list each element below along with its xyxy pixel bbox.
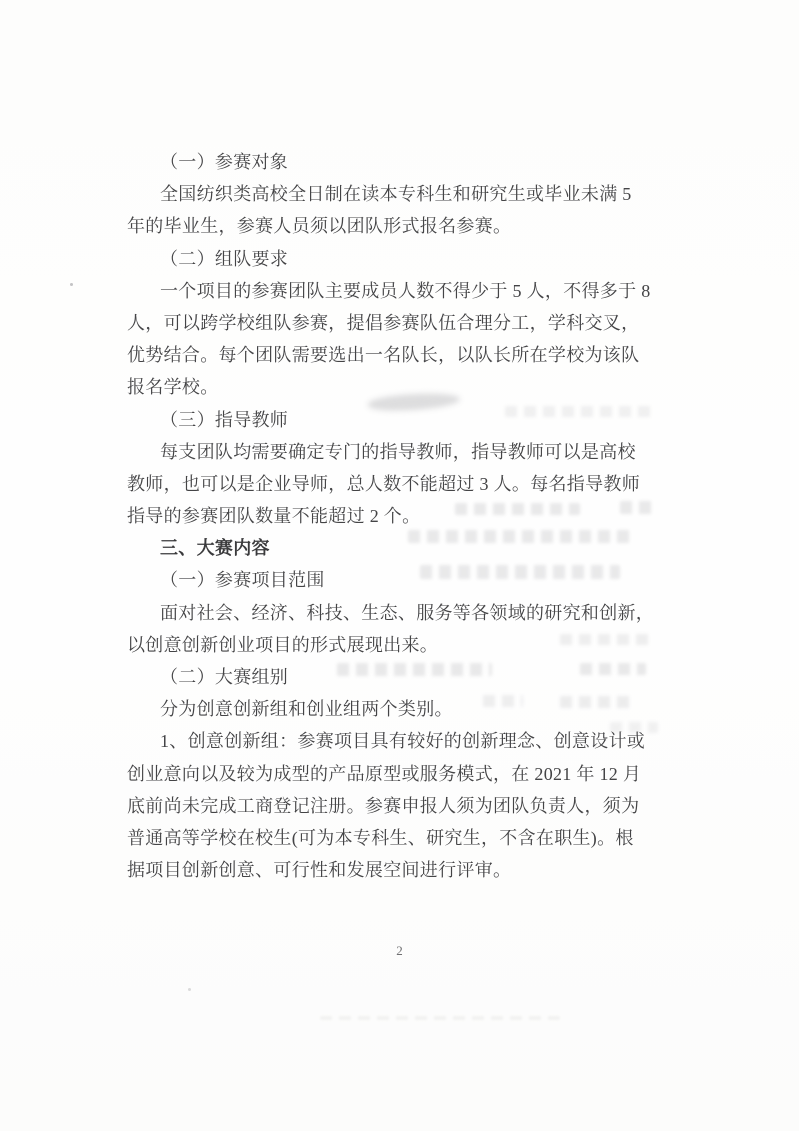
document-line: 人，可以跨学校组队参赛，提倡参赛队伍合理分工，学科交叉，	[127, 307, 667, 339]
page-number: 2	[0, 943, 799, 959]
bleed-through-mark	[610, 722, 658, 733]
document-line: 优势结合。每个团队需要选出一名队长，以队长所在学校为该队	[127, 339, 667, 371]
scan-speck	[188, 988, 191, 991]
scan-speck	[70, 283, 73, 286]
document-body: （一）参赛对象全国纺织类高校全日制在读本专科生和研究生或毕业未满 5年的毕业生，…	[127, 146, 667, 886]
bleed-through-mark	[337, 663, 492, 676]
document-line: 一个项目的参赛团队主要成员人数不得少于 5 人，不得多于 8	[127, 275, 667, 307]
bleed-through-mark	[560, 634, 655, 645]
bleed-through-mark	[408, 530, 630, 543]
document-line: 面对社会、经济、科技、生态、服务等各领域的研究和创新，	[127, 597, 667, 629]
document-line: 教师，也可以是企业导师，总人数不能超过 3 人。每名指导教师	[127, 468, 667, 500]
document-line: 据项目创新创意、可行性和发展空间进行评审。	[127, 854, 667, 886]
document-line: 指导的参赛团队数量不能超过 2 个。	[127, 500, 667, 532]
bleed-through-mark	[620, 501, 658, 514]
bleed-through-mark	[483, 695, 523, 707]
bleed-through-mark	[420, 565, 620, 579]
bleed-through-mark	[455, 503, 580, 515]
bleed-through-mark	[320, 1016, 560, 1020]
bleed-through-mark	[580, 663, 646, 675]
bleed-through-mark	[560, 696, 635, 708]
document-line: 年的毕业生，参赛人员须以团队形式报名参赛。	[127, 210, 667, 242]
document-line: 普通高等学校在校生(可为本专科生、研究生，不含在职生)。根	[127, 822, 667, 854]
document-page: （一）参赛对象全国纺织类高校全日制在读本专科生和研究生或毕业未满 5年的毕业生，…	[0, 0, 799, 1131]
document-line: 底前尚未完成工商登记注册。参赛申报人须为团队负责人，须为	[127, 790, 667, 822]
document-line: 1、创意创新组：参赛项目具有较好的创新理念、创意设计或	[127, 725, 667, 757]
document-line: 每支团队均需要确定专门的指导教师，指导教师可以是高校	[127, 436, 667, 468]
bleed-through-mark	[505, 406, 655, 417]
document-line: （二）组队要求	[127, 243, 667, 275]
document-line: 创业意向以及较为成型的产品原型或服务模式，在 2021 年 12 月	[127, 758, 667, 790]
document-line: （一）参赛对象	[127, 146, 667, 178]
document-line: 全国纺织类高校全日制在读本专科生和研究生或毕业未满 5	[127, 178, 667, 210]
